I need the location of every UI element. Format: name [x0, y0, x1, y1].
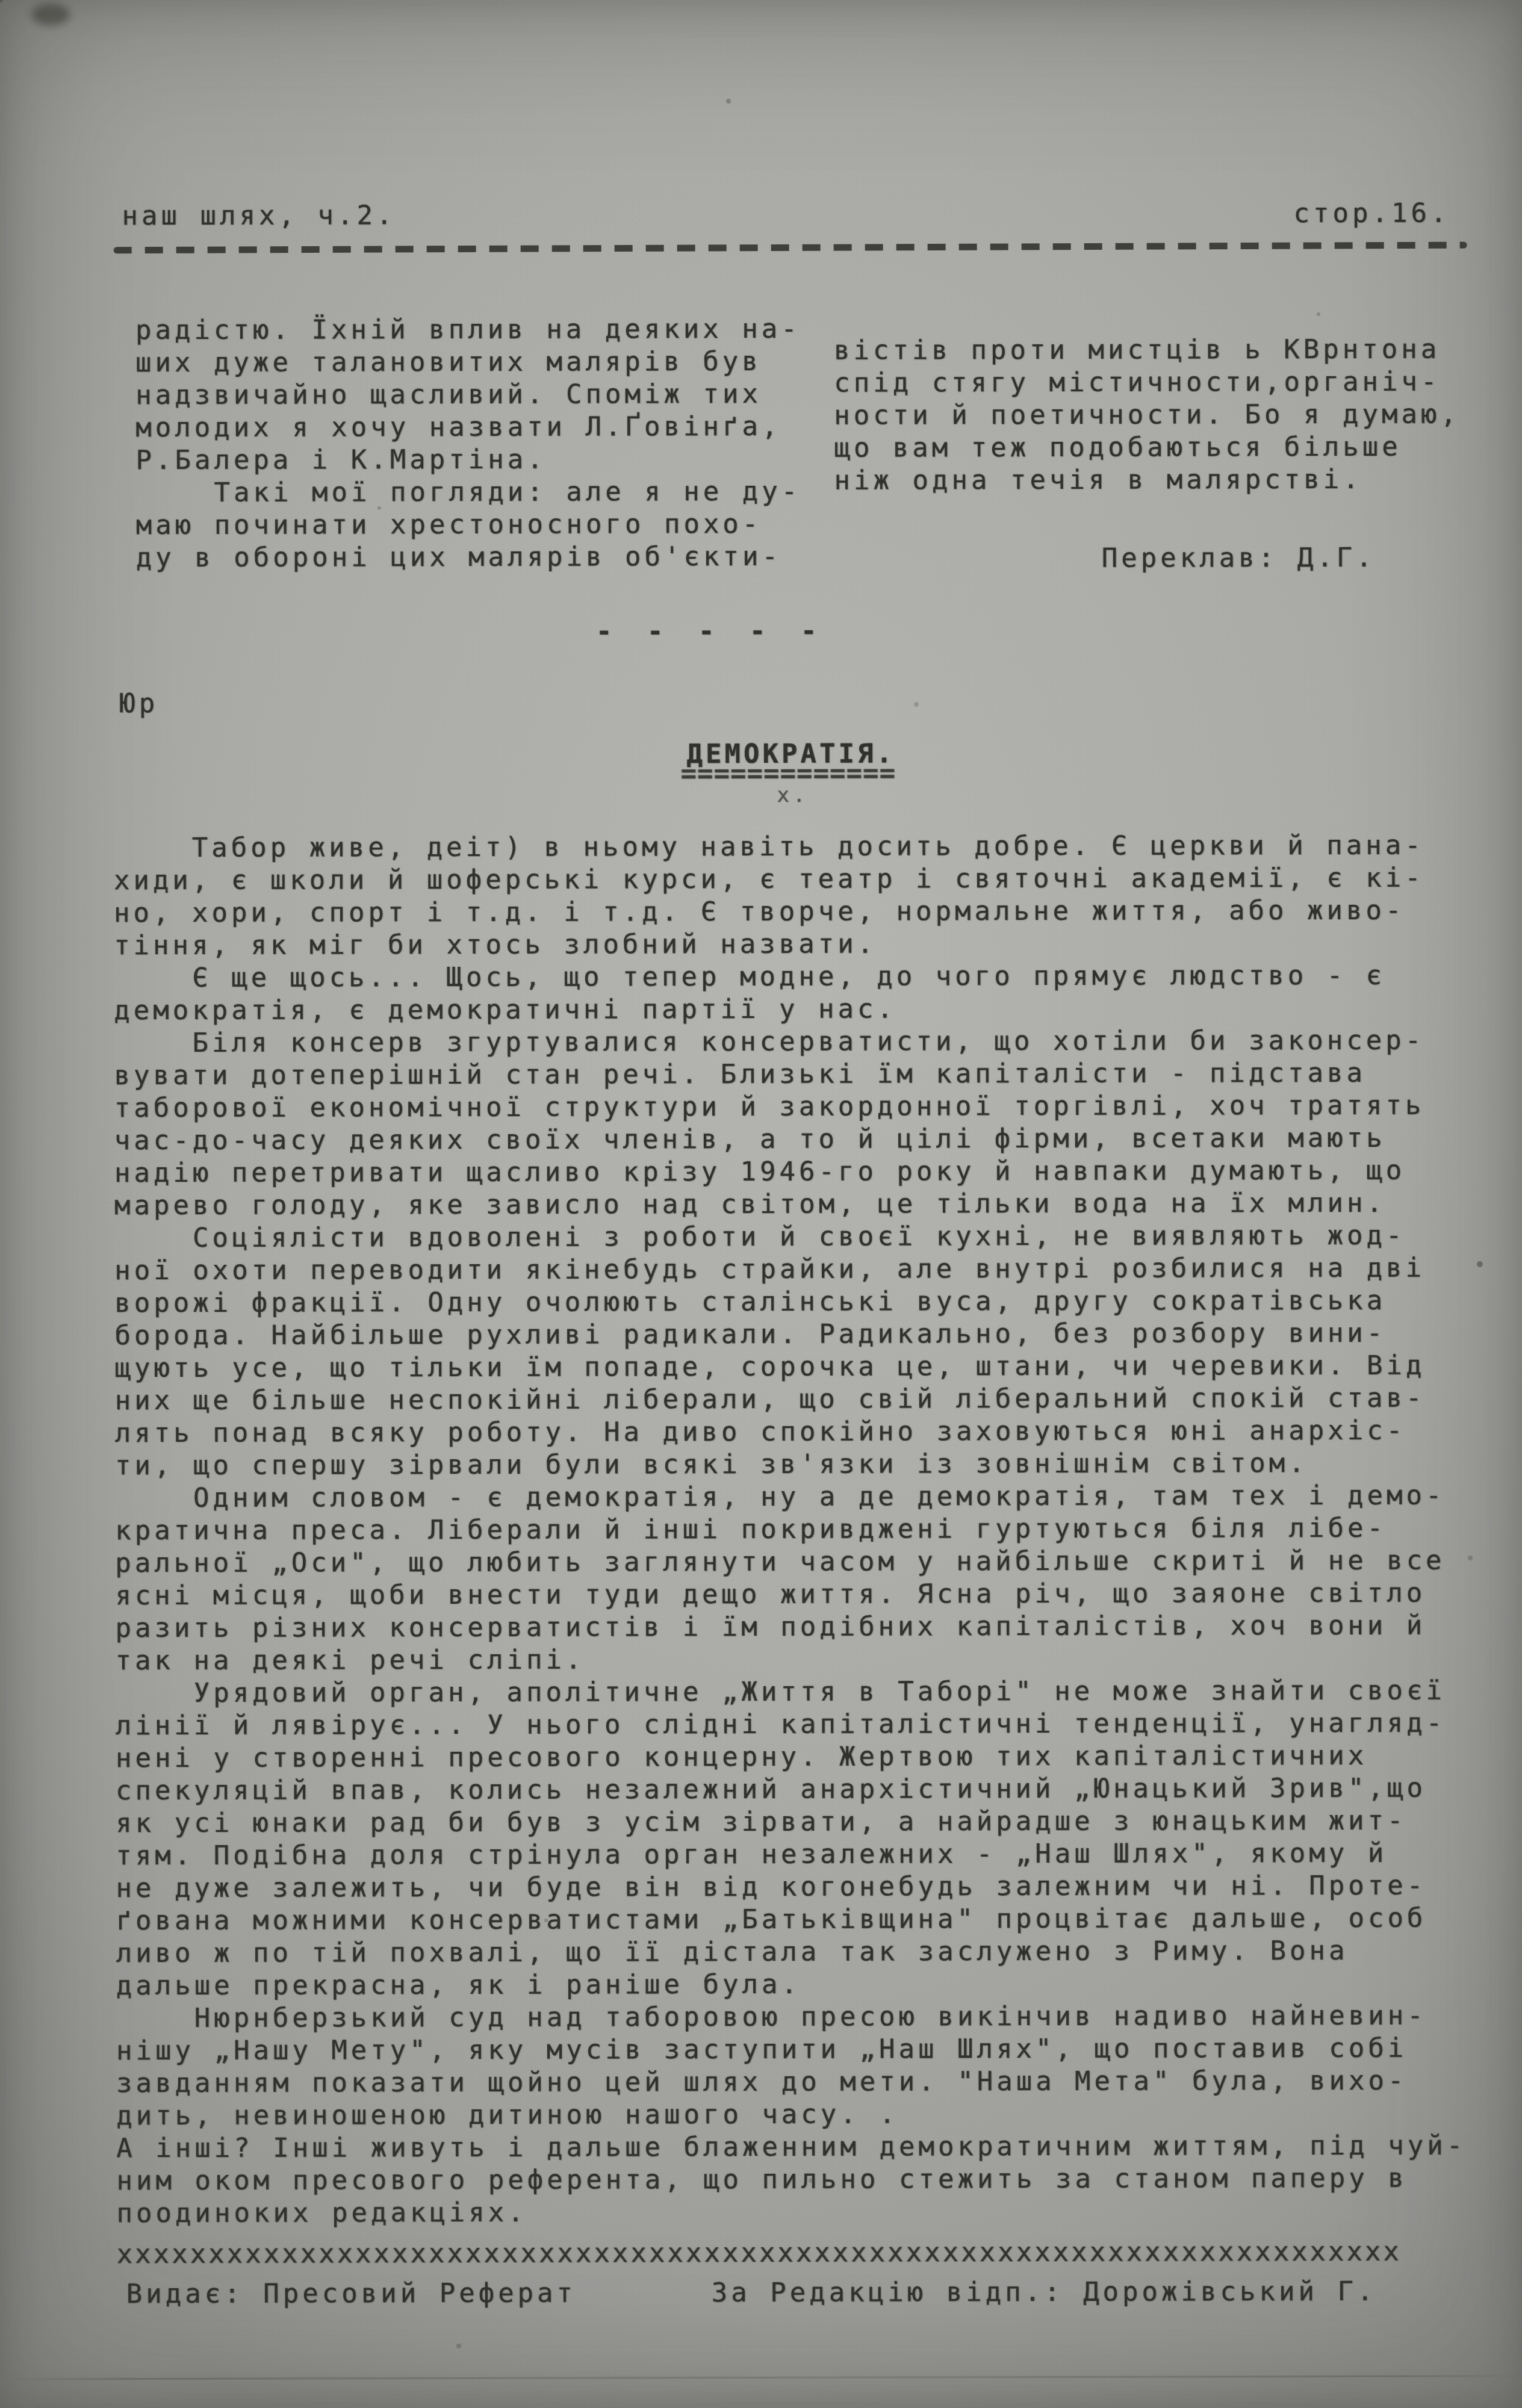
typed-line: нішу „Нашу Мету", яку мусів заступити „Н…	[116, 2032, 1466, 2068]
typed-line: Нюрнберзький суд над таборовою пресою ви…	[116, 2000, 1466, 2035]
article-title-block: ДЕМОКРАТІЯ. ============= х.	[686, 738, 896, 812]
typed-line: Табор живе, деіт) в ньому навіть досить …	[114, 830, 1464, 865]
typed-line: Одним словом - є демократія, ну а де дем…	[115, 1480, 1465, 1515]
article-column-right: вістів проти мистців ь КВрнтонаспід стяг…	[834, 334, 1460, 497]
typed-line: ности й поетичности. Бо я думаю,	[834, 399, 1460, 432]
typed-line: не дуже залежить, чи буде він від когоне…	[116, 1870, 1465, 1905]
typed-line: ної охоти переводити якінебудь страйки, …	[114, 1252, 1464, 1288]
corner-ink-speck	[31, 4, 70, 25]
editor-credit: За Редакцію відп.: Дорожівський Г.	[712, 2276, 1377, 2309]
typed-line: дить, невиношеною дитиною нашого часу. .	[116, 2097, 1466, 2133]
typed-line: як усі юнаки рад би був з усім зірвати, …	[116, 1805, 1465, 1840]
typed-line: хиди, є школи й шоферські курси, є театр…	[114, 862, 1464, 898]
masthead-title: наш шлях, ч.2.	[122, 199, 396, 232]
typed-line: кратична преса. Ліберали й інші покривдж…	[115, 1512, 1465, 1548]
typed-line: нені у створенні пресового концерну. Жер…	[116, 1740, 1465, 1775]
typed-line: тям. Подібна доля стрінула орган незалеж…	[116, 1837, 1465, 1873]
typed-line: щують усе, що тільки їм попаде, сорочка …	[115, 1350, 1465, 1385]
article-column-left: радістю. Їхній вплив на деяких на-ших ду…	[135, 313, 801, 574]
typed-line: ним оком пресового референта, що пильно …	[116, 2162, 1466, 2198]
typed-line: так на деякі речі сліпі.	[116, 1642, 1465, 1678]
typed-line: радістю. Їхній вплив на деяких на-	[135, 313, 801, 347]
typed-line: ших дуже талановитих малярів був	[135, 346, 801, 379]
typed-line: спекуляцій впав, колись незалежний анарх…	[116, 1772, 1465, 1808]
paper-crease-line	[2, 2375, 1522, 2380]
typed-line: демократія, є демократичні партії у нас.	[114, 992, 1464, 1028]
typed-line: поодиноких редакціях.	[116, 2195, 1466, 2230]
typed-line: тіння, як міг би хтось злобний назвати.	[114, 927, 1464, 963]
paper-specks	[0, 0, 2, 2]
article-body: Табор живе, деіт) в ньому навіть досить …	[114, 830, 1467, 2230]
typed-line: ґована можними консерватистами „Батьківщ…	[116, 1902, 1465, 1938]
typed-line: вувати дотеперішній стан речі. Близькі ї…	[114, 1057, 1464, 1093]
page-number: стор.16.	[1294, 197, 1450, 231]
typed-line: надзвичайно щасливий. Споміж тих	[135, 378, 801, 412]
typed-line: борода. Найбільше рухливі радикали. Ради…	[114, 1317, 1464, 1353]
typed-line: надію перетривати щасливо крізу 1946-го …	[114, 1155, 1464, 1190]
typed-line: спід стягу містичности,органіч-	[834, 366, 1460, 400]
header-dashed-rule	[114, 242, 1467, 254]
typed-line: Є ще щось... Щось, що тепер модне, до чо…	[114, 960, 1464, 995]
typed-line: лять понад всяку роботу. На диво спокійн…	[115, 1415, 1465, 1450]
typed-line: ральної „Оси", що любить заглянути часом…	[115, 1545, 1465, 1580]
typed-line: А інші? Інші живуть і дальше блаженним д…	[116, 2130, 1466, 2165]
typed-line: таборової економічної структури й закорд…	[114, 1090, 1464, 1125]
typed-line: час-до-часу деяких своїх членів, а то й …	[114, 1122, 1464, 1158]
publisher-credit: Видає: Пресовий Реферат	[126, 2277, 576, 2311]
footer-x-divider: хххххххххххххххххххххххххххххххххххххххх…	[117, 2236, 1402, 2271]
typed-line: ворожі фракції. Одну очолюють сталінські…	[114, 1285, 1464, 1320]
typed-line: завданням показати щойно цей шлях до мет…	[116, 2065, 1466, 2100]
typed-line: разить різних консерватистів і їм подібн…	[115, 1610, 1465, 1645]
typed-line: Соціялісти вдоволені з роботи й своєї ку…	[114, 1220, 1464, 1255]
typed-line: молодих я хочу назвати Л.Ґовінґа,	[135, 411, 801, 444]
typed-line: ясні місця, щоби внести туди дещо життя.…	[115, 1577, 1465, 1613]
typed-line: що вам теж подобаються більше	[834, 431, 1460, 465]
typed-line: ти, що спершу зірвали були всякі зв'язки…	[115, 1447, 1465, 1483]
typed-line: ду в обороні цих малярів об'єкти-	[136, 541, 801, 574]
typed-line: Такі мої погляди: але я не ду-	[135, 476, 801, 509]
scanned-page: наш шлях, ч.2. стор.16. радістю. Їхній в…	[0, 0, 1522, 2408]
typed-line: ливо ж по тій похвалі, що її дістала так…	[116, 1935, 1466, 1970]
typed-line: ніж одна течія в малярстві.	[834, 464, 1460, 497]
typed-line: лінії й лявірує... У нього слідні капіта…	[116, 1707, 1465, 1743]
page-content: наш шлях, ч.2. стор.16. радістю. Їхній в…	[0, 0, 1522, 2408]
typed-line: Біля консерв згуртувалися консерватисти,…	[114, 1025, 1464, 1060]
typed-line: дальше прекрасна, як і раніше була.	[116, 1967, 1466, 2003]
typed-line: маю починати хрестоносного похо-	[136, 508, 801, 542]
typed-line: марево голоду, яке зависло над світом, ц…	[114, 1187, 1464, 1223]
typed-line: Урядовий орган, аполітичне „Життя в Табо…	[116, 1675, 1465, 1710]
typed-line: Р.Балера і К.Мартіна.	[135, 443, 801, 477]
title-smudge-mark: х.	[777, 779, 896, 811]
section-separator-dashes: - - - - -	[596, 615, 827, 648]
typed-line: них ще більше неспокійні ліберали, що св…	[115, 1382, 1465, 1418]
translator-credit: Переклав: Д.Г.	[1102, 542, 1376, 575]
typed-line: но, хори, спорт і т.д. і т.д. Є творче, …	[114, 895, 1464, 930]
typed-line: вістів проти мистців ь КВрнтона	[834, 334, 1460, 367]
author-byline: Юр	[119, 687, 158, 720]
